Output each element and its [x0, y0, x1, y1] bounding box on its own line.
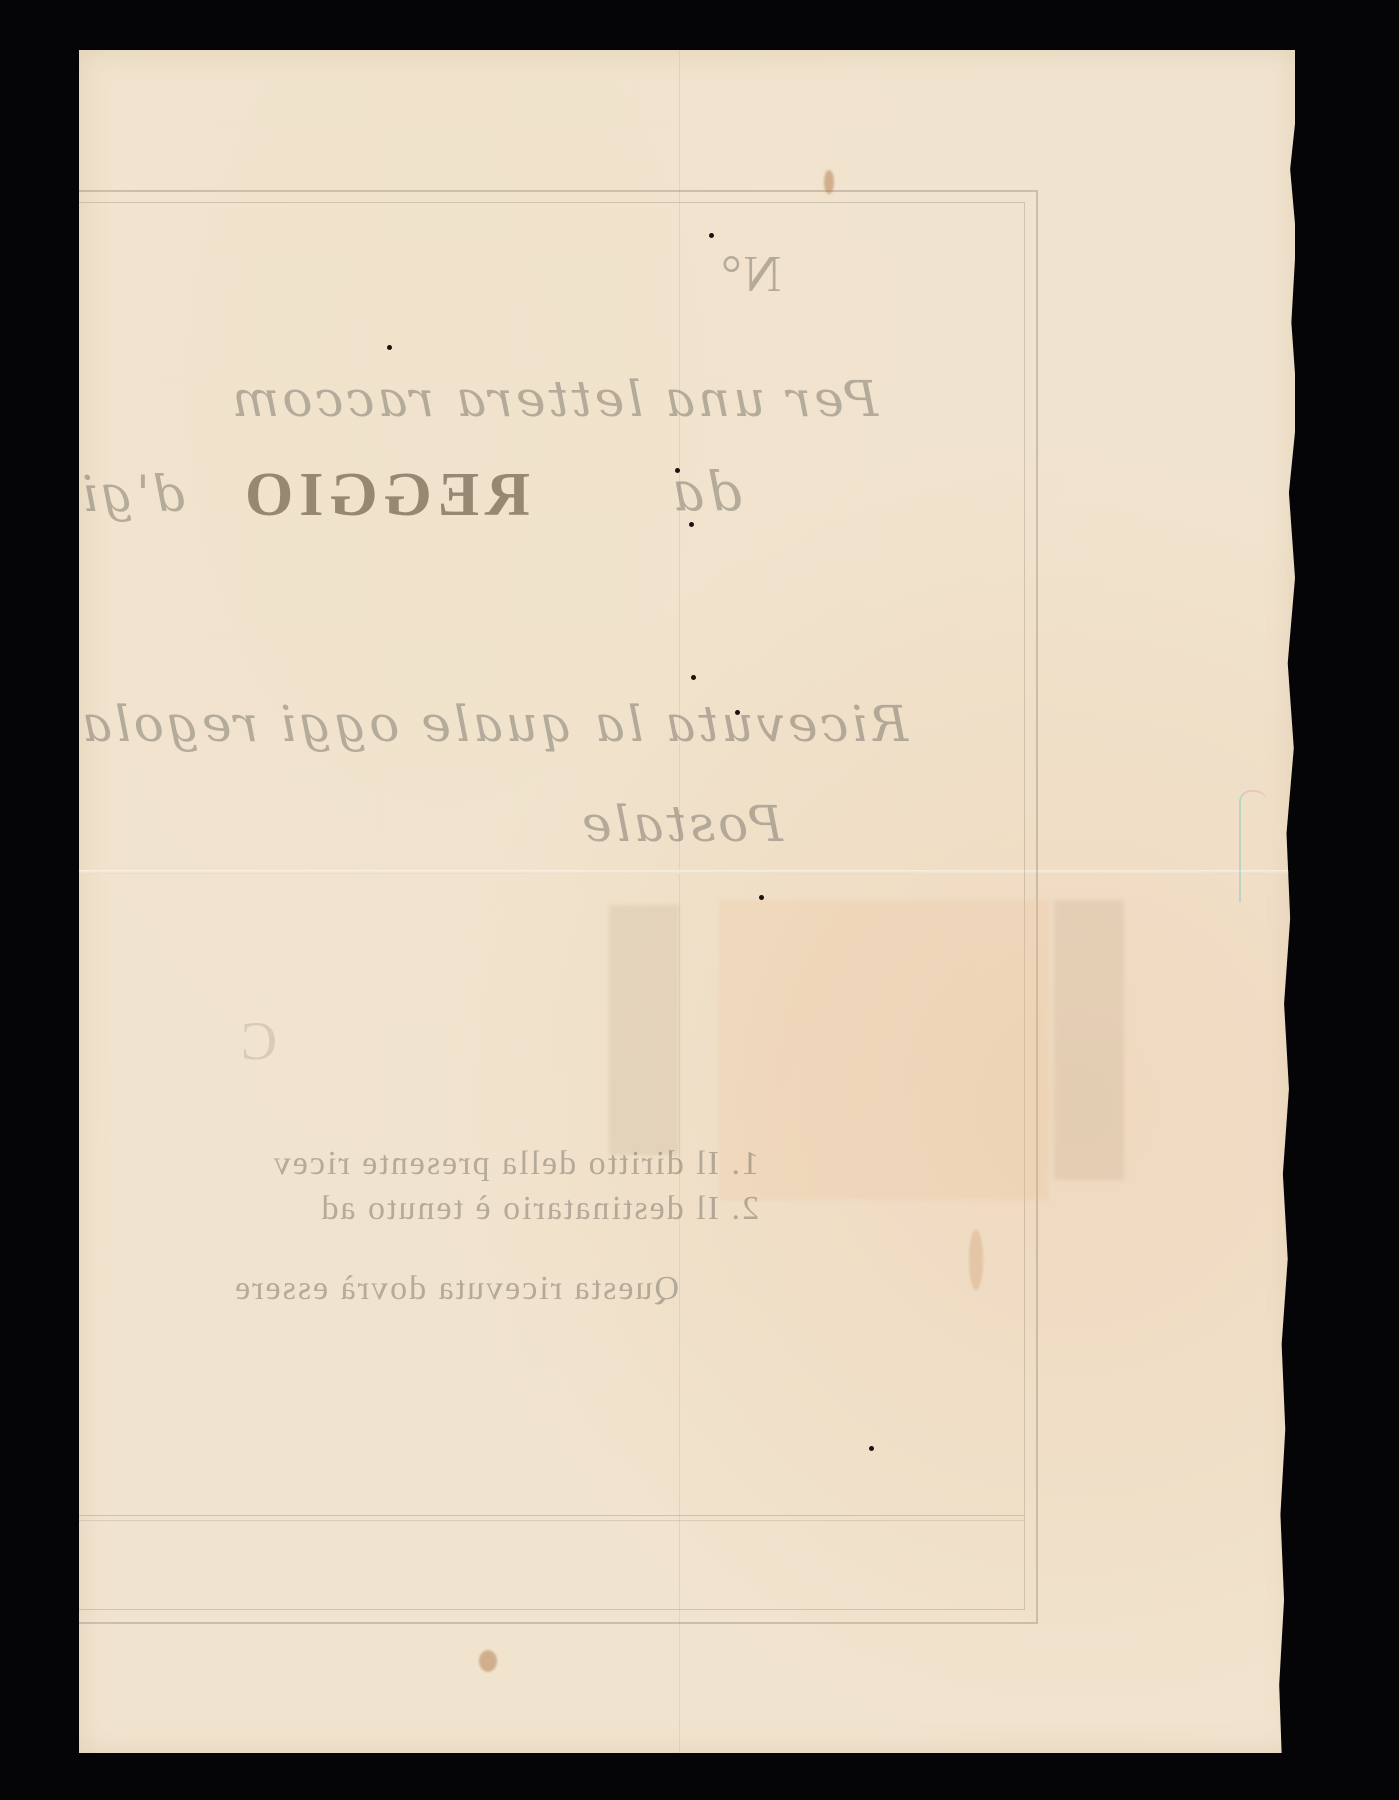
note-1: 1. Il diritto della presente ricev: [79, 1145, 759, 1183]
rust-stain: [824, 170, 834, 194]
header-line-registered-letter: Per una lettera raccom: [229, 370, 878, 428]
body-line-postale: Postale: [579, 795, 783, 853]
footer-divider-secondary: [79, 1520, 1024, 1521]
stamp-bleed-left: [609, 905, 679, 1155]
ink-speck: [675, 468, 680, 473]
document-paper: N° Per una lettera raccom da REGGIO d'gi…: [79, 50, 1295, 1753]
rust-stain: [969, 1230, 983, 1290]
footer-line: Questa ricevuta dovrà essere: [79, 1270, 679, 1308]
rust-stain: [479, 1650, 497, 1672]
receipt-number-label: N°: [719, 245, 781, 304]
body-line-receipt: Ricevuta la quale oggi regola: [79, 695, 908, 753]
stamp-partial-mark: C: [239, 1010, 277, 1072]
stamp-bleed-right: [1054, 900, 1124, 1180]
stamp-bleed-center: [719, 900, 1049, 1200]
ink-speck: [691, 675, 696, 680]
pencil-mark: [1239, 790, 1267, 902]
ink-speck: [735, 710, 740, 715]
ink-speck: [709, 233, 714, 238]
ink-speck: [387, 345, 392, 350]
ink-speck: [689, 522, 694, 527]
footer-divider: [79, 1515, 1024, 1516]
note-2: 2. Il destinatario è tenuto ad: [79, 1190, 759, 1228]
ink-speck: [869, 1446, 874, 1451]
header-office-name: REGGIO: [239, 460, 530, 531]
ink-speck: [759, 895, 764, 900]
header-line-suffix: d'gi: [79, 465, 185, 523]
